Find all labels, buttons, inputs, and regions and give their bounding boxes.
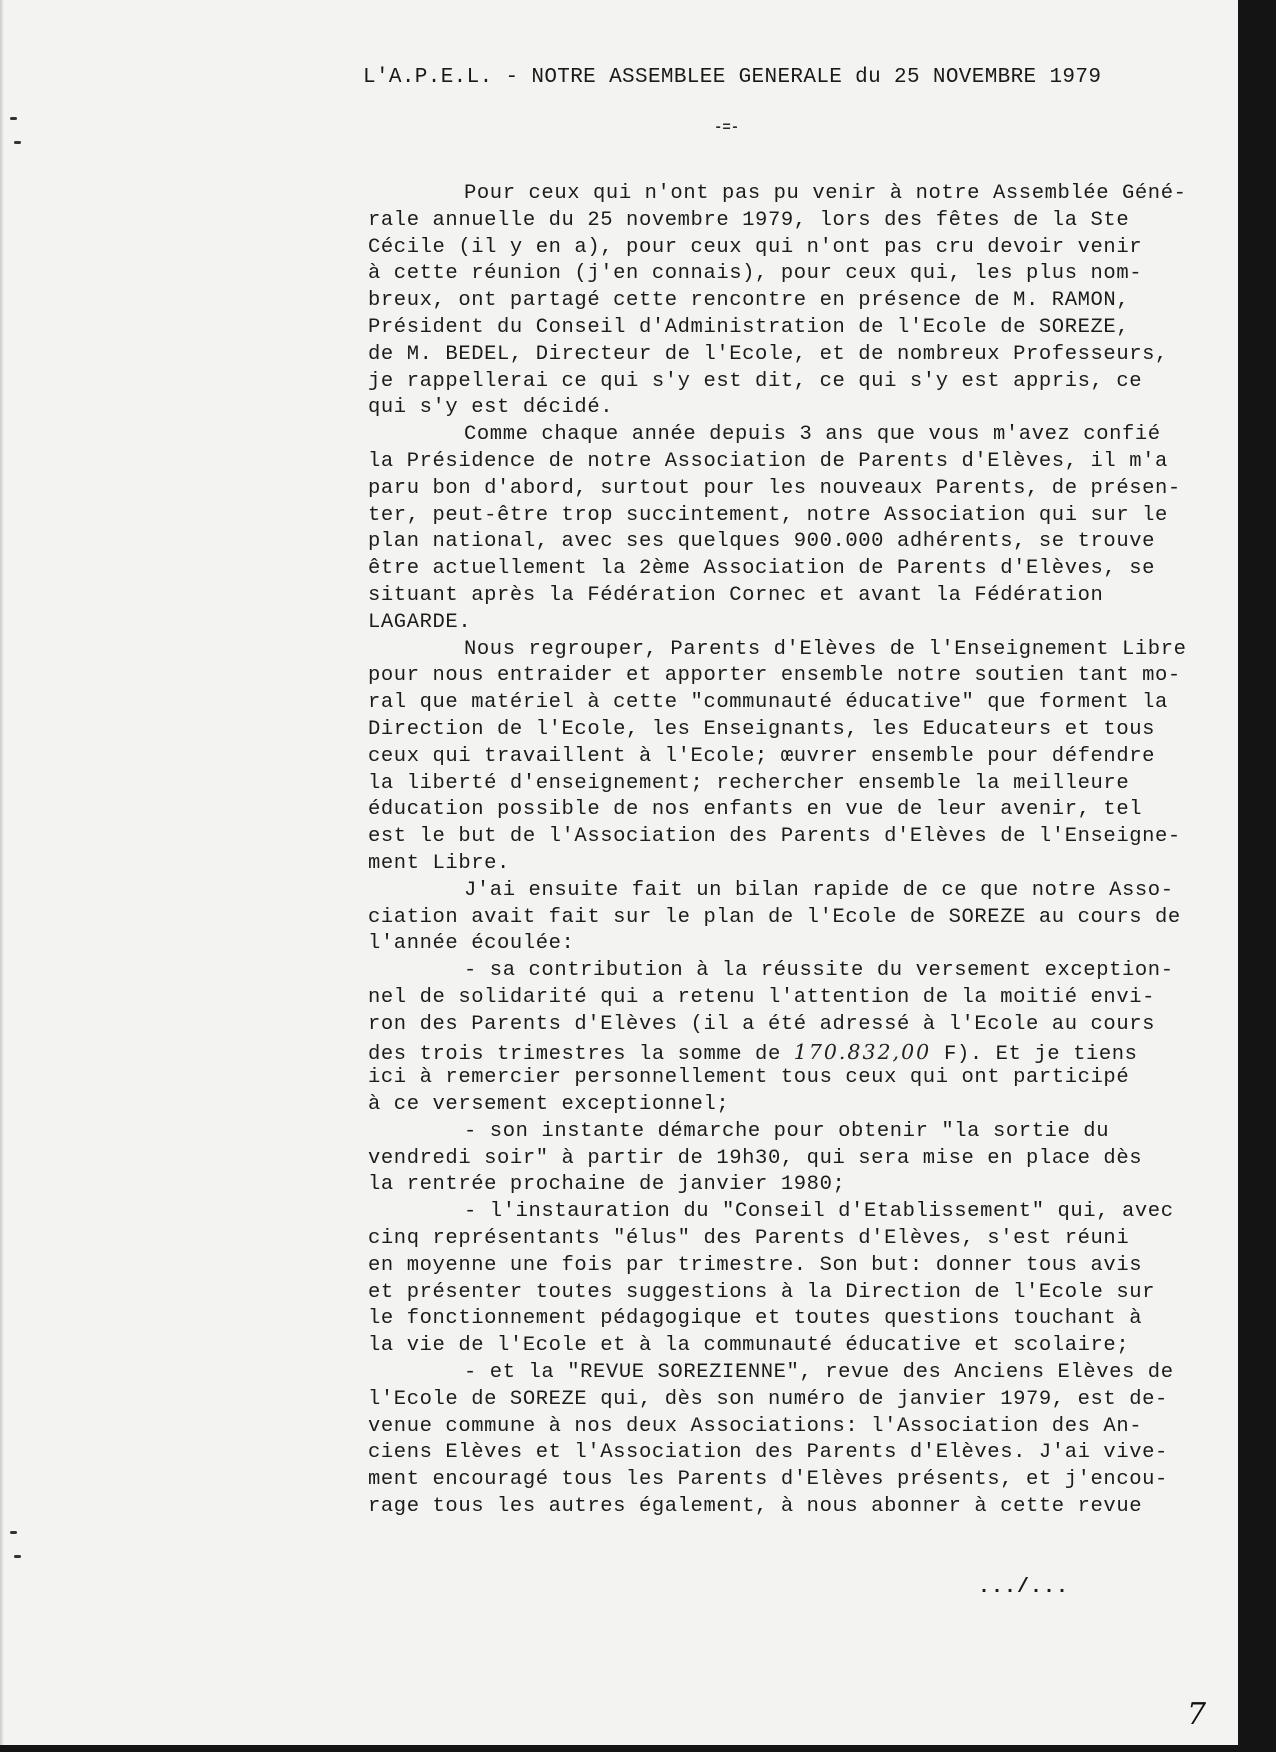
body-line: plan national, avec ses quelques 900.000… — [368, 529, 1238, 556]
body-line: je rappellerai ce qui s'y est dit, ce qu… — [368, 369, 1238, 396]
body-line: Comme chaque année depuis 3 ans que vous… — [368, 422, 1238, 449]
title-separator: -=- — [714, 120, 739, 136]
punch-mark — [14, 141, 21, 144]
handwritten-amount: 170.832,00 — [794, 1040, 931, 1064]
document-page: L'A.P.E.L. - NOTRE ASSEMBLEE GENERALE du… — [0, 0, 1238, 1745]
body-line: rage tous les autres également, à nous a… — [368, 1494, 1238, 1521]
body-line: nel de solidarité qui a retenu l'attenti… — [368, 985, 1238, 1012]
body-line: à ce versement exceptionnel; — [368, 1092, 1238, 1119]
body-line: en moyenne une fois par trimestre. Son b… — [368, 1253, 1238, 1280]
body-line: Direction de l'Ecole, les Enseignants, l… — [368, 717, 1238, 744]
body-line: est le but de l'Association des Parents … — [368, 824, 1238, 851]
body-line: breux, ont partagé cette rencontre en pr… — [368, 288, 1238, 315]
body-line: ment Libre. — [368, 851, 1238, 878]
body-line: - sa contribution à la réussite du verse… — [368, 958, 1238, 985]
body-line: l'année écoulée: — [368, 931, 1238, 958]
body-line: - l'instauration du "Conseil d'Etablisse… — [368, 1199, 1238, 1226]
page-number: 7 — [1187, 1697, 1206, 1732]
body-line: ter, peut-être trop succintement, notre … — [368, 503, 1238, 530]
body-line: Cécile (il y en a), pour ceux qui n'ont … — [368, 235, 1238, 262]
body-line: venue commune à nos deux Associations: l… — [368, 1414, 1238, 1441]
body-line: la liberté d'enseignement; rechercher en… — [368, 771, 1238, 798]
body-line: ici à remercier personnellement tous ceu… — [368, 1065, 1238, 1092]
body-line: la Présidence de notre Association de Pa… — [368, 449, 1238, 476]
punch-mark — [10, 1531, 17, 1534]
body-line: le fonctionnement pédagogique et toutes … — [368, 1306, 1238, 1333]
body-line: LAGARDE. — [368, 610, 1238, 637]
document-title: L'A.P.E.L. - NOTRE ASSEMBLEE GENERALE du… — [363, 66, 1101, 89]
body-line: de M. BEDEL, Directeur de l'Ecole, et de… — [368, 342, 1238, 369]
body-line-text: F). Et je tiens — [931, 1043, 1137, 1066]
body-line: éducation possible de nos enfants en vue… — [368, 797, 1238, 824]
body-line: des trois trimestres la somme de 170.832… — [368, 1039, 1238, 1066]
body-line: à cette réunion (j'en connais), pour ceu… — [368, 261, 1238, 288]
body-line: être actuellement la 2ème Association de… — [368, 556, 1238, 583]
body-line: ment encouragé tous les Parents d'Elèves… — [368, 1467, 1238, 1494]
body-line: qui s'y est décidé. — [368, 395, 1238, 422]
body-line: ciation avait fait sur le plan de l'Ecol… — [368, 905, 1238, 932]
body-line: ceux qui travaillent à l'Ecole; œuvrer e… — [368, 744, 1238, 771]
body-line: - son instante démarche pour obtenir "la… — [368, 1119, 1238, 1146]
body-line: ral que matériel à cette "communauté édu… — [368, 690, 1238, 717]
body-line: pour nous entraider et apporter ensemble… — [368, 663, 1238, 690]
body-line: la rentrée prochaine de janvier 1980; — [368, 1172, 1238, 1199]
body-line: situant après la Fédération Cornec et av… — [368, 583, 1238, 610]
body-line: Président du Conseil d'Administration de… — [368, 315, 1238, 342]
continuation-mark: .../... — [978, 1576, 1069, 1599]
body-line: l'Ecole de SOREZE qui, dès son numéro de… — [368, 1387, 1238, 1414]
body-line: - et la "REVUE SOREZIENNE", revue des An… — [368, 1360, 1238, 1387]
document-body: Pour ceux qui n'ont pas pu venir à notre… — [368, 181, 1238, 1521]
body-line: paru bon d'abord, surtout pour les nouve… — [368, 476, 1238, 503]
body-line: cinq représentants "élus" des Parents d'… — [368, 1226, 1238, 1253]
punch-mark — [14, 1555, 21, 1558]
punch-mark — [10, 117, 17, 120]
body-line: vendredi soir" à partir de 19h30, qui se… — [368, 1146, 1238, 1173]
body-line: J'ai ensuite fait un bilan rapide de ce … — [368, 878, 1238, 905]
body-line: Nous regrouper, Parents d'Elèves de l'En… — [368, 637, 1238, 664]
body-line: rale annuelle du 25 novembre 1979, lors … — [368, 208, 1238, 235]
body-line: ron des Parents d'Elèves (il a été adres… — [368, 1012, 1238, 1039]
body-line: ciens Elèves et l'Association des Parent… — [368, 1440, 1238, 1467]
body-line: et présenter toutes suggestions à la Dir… — [368, 1280, 1238, 1307]
body-line: Pour ceux qui n'ont pas pu venir à notre… — [368, 181, 1238, 208]
body-line-text: des trois trimestres la somme de — [368, 1043, 794, 1066]
body-line: la vie de l'Ecole et à la communauté édu… — [368, 1333, 1238, 1360]
